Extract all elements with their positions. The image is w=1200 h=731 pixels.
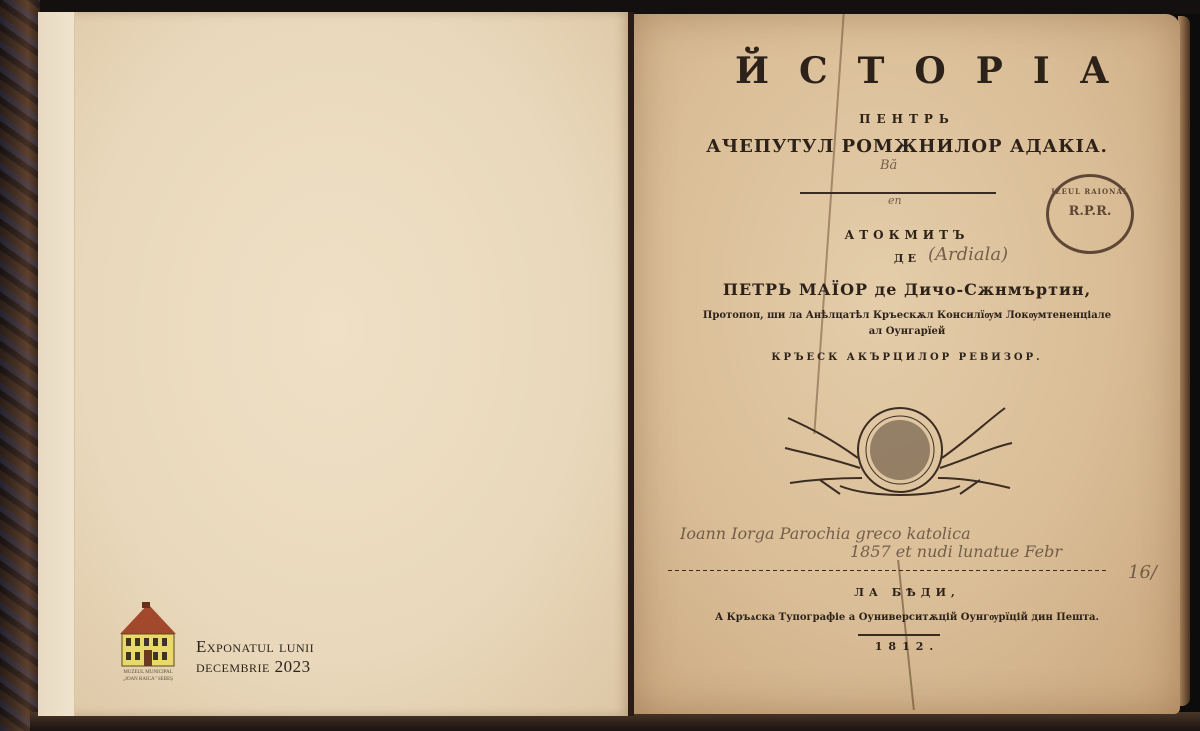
stamp-outer-text: JZEUL RAIONAL: [1049, 187, 1131, 196]
handwritten-note: Bă: [880, 158, 897, 173]
stamp-center-text: R.P.R.: [1049, 204, 1131, 219]
handwritten-note: en: [888, 194, 902, 207]
caption-line-2: decembrie 2023: [196, 657, 314, 677]
book-title: ЙСТОРІА: [634, 50, 1200, 92]
handwritten-owner-note: Ioann Iorga Parochia greco katolica: [680, 524, 971, 543]
imprint-rule: [858, 634, 940, 636]
left-page-flap: [38, 12, 75, 716]
handwritten-note: (Ardiala): [928, 244, 1008, 265]
marbled-binding: [0, 0, 40, 731]
imprint-printer: А Кръѧска Тупографіе а Оуниверситѫцій Оу…: [634, 612, 1180, 623]
exhibit-of-month-caption: Exponatul lunii decembrie 2023: [196, 637, 314, 677]
by-label: ДЕ: [634, 252, 1180, 265]
engraved-vignette-icon: [780, 398, 1020, 508]
ornamental-rule: [668, 570, 1108, 571]
author-role-line-1: Протопоп, ши ла Анѣлцатѣл Кръескѫл Конси…: [634, 310, 1180, 321]
imprint-place: ЛА БѢДИ,: [634, 586, 1180, 599]
handwritten-date: 16/: [1128, 562, 1157, 583]
handwritten-owner-note: 1857 et nudi lunatue Febr: [850, 542, 1062, 561]
imprint-year: 1812.: [634, 640, 1180, 653]
museum-name: MUZEUL MUNICIPAL „IOAN RAICA" SEBEȘ: [108, 669, 188, 683]
title-pentru: ПЕНТРЬ: [634, 112, 1180, 126]
caption-line-1: Exponatul lunii: [196, 637, 314, 657]
museum-building-logo-icon: [112, 600, 184, 680]
author-name: ПЕТРЬ МАЇОР де Дичо-Сжнмъртин,: [634, 280, 1180, 299]
library-stamp: JZEUL RAIONAL R.P.R.: [1046, 174, 1134, 254]
author-reviser-line: КРЪЕСК АКЪРЦИЛОР РЕВИЗОР.: [634, 352, 1180, 363]
book-subtitle: АЧЕПУТУЛ РОМЖНИЛОР АДАКІА.: [634, 136, 1180, 157]
author-role-line-2: ал Оунгарїей: [634, 326, 1180, 337]
